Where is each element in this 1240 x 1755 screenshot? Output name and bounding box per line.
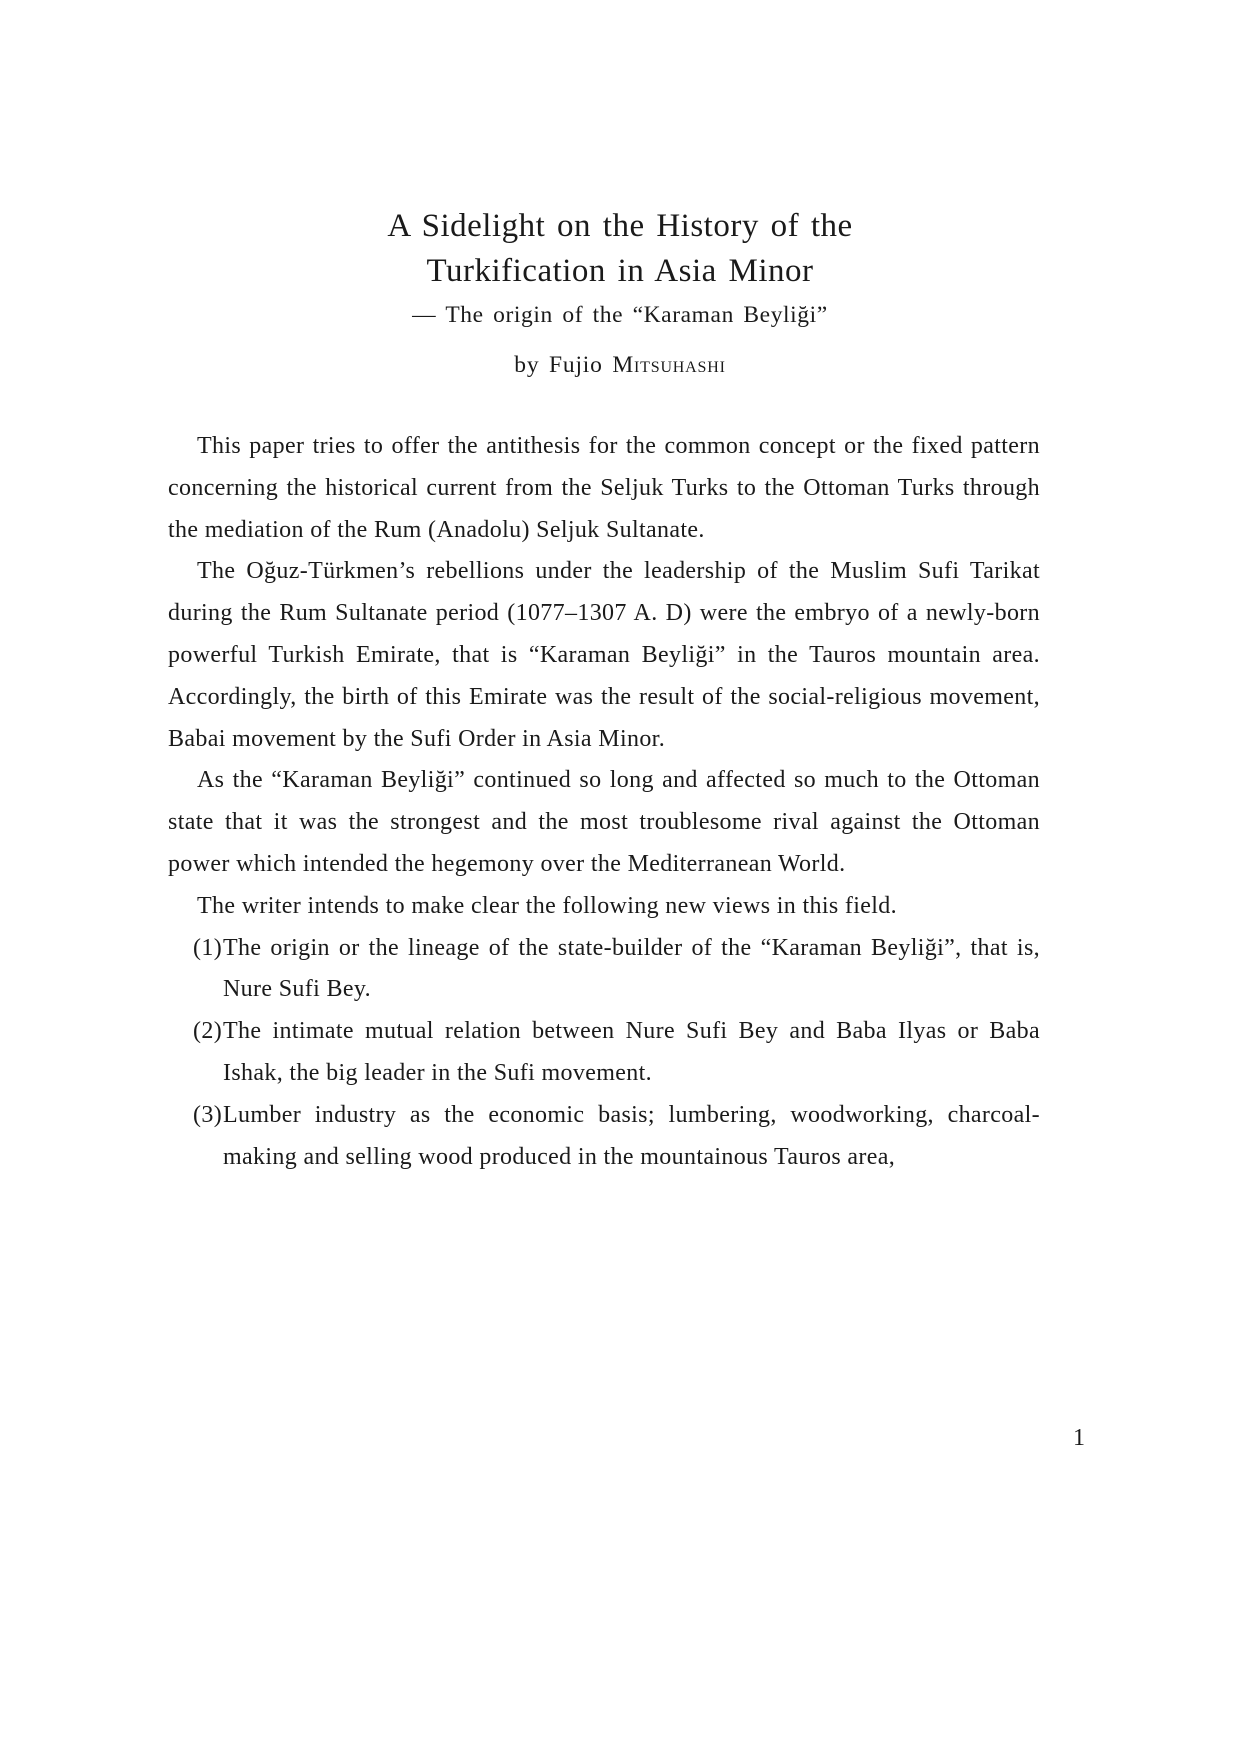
byline-prefix: by Fujio (514, 352, 612, 378)
abstract-body: This paper tries to offer the antithesis… (168, 426, 1040, 1178)
paragraph-2: The Oğuz-Türkmen’s rebellions under the … (168, 551, 1040, 760)
list-text-1: The origin or the lineage of the state-b… (223, 935, 1040, 1003)
list-marker-2: (2) (193, 1011, 222, 1053)
title-block: A Sidelight on the History of the Turkif… (0, 204, 1240, 336)
subtitle: — The origin of the “Karaman Beyliği” (0, 294, 1240, 336)
document-page: A Sidelight on the History of the Turkif… (0, 0, 1240, 1755)
byline: by Fujio Mitsuhashi (0, 352, 1240, 379)
page-number: 1 (1073, 1425, 1085, 1452)
paragraph-3: As the “Karaman Beyliği” continued so lo… (168, 760, 1040, 885)
list-marker-1: (1) (193, 928, 222, 970)
title-line-1: A Sidelight on the History of the (0, 204, 1240, 249)
author-surname: Mitsuhashi (612, 352, 725, 378)
paragraph-1: This paper tries to offer the antithesis… (168, 426, 1040, 551)
list-item-1: (1) The origin or the lineage of the sta… (168, 928, 1040, 1012)
list-text-2: The intimate mutual relation between Nur… (223, 1018, 1040, 1086)
list-item-3: (3) Lumber industry as the economic basi… (168, 1095, 1040, 1179)
paragraph-4: The writer intends to make clear the fol… (168, 886, 1040, 928)
list-item-2: (2) The intimate mutual relation between… (168, 1011, 1040, 1095)
list-text-3: Lumber industry as the economic basis; l… (223, 1102, 1040, 1170)
list-marker-3: (3) (193, 1095, 222, 1137)
title-line-2: Turkification in Asia Minor (0, 249, 1240, 294)
